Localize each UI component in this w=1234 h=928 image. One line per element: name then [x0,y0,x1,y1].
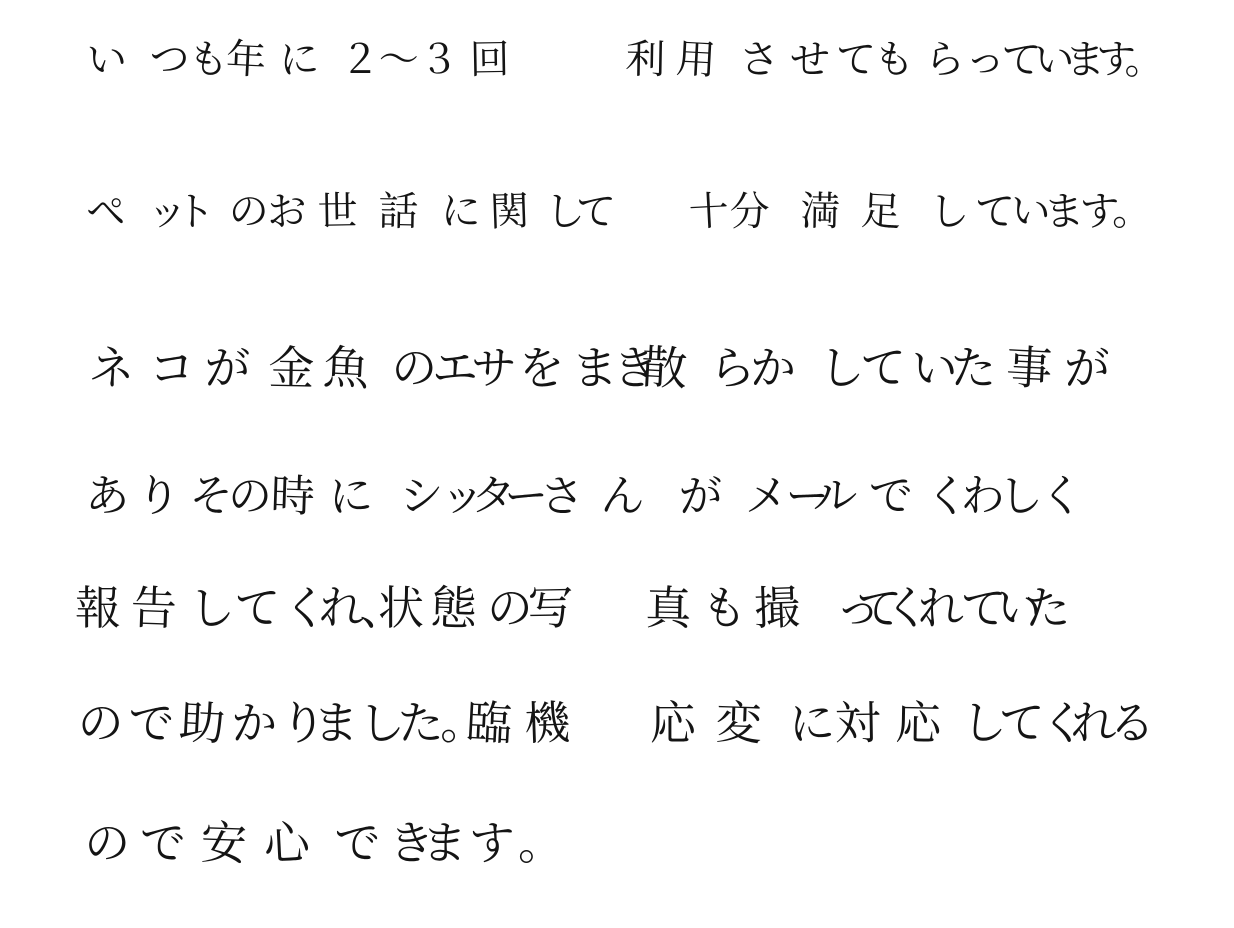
handwritten-char: し [818,344,866,392]
handwritten-char: 安 [200,819,248,867]
handwritten-char: り [135,474,181,520]
handwritten-char: し [188,584,236,632]
handwritten-char: 足 [860,191,902,233]
handwritten-char: 応 [895,700,942,747]
handwritten-char: て [575,191,616,232]
handwritten-char: も [188,40,229,81]
handwritten-char: に [279,39,320,80]
handwritten-char: ル [812,474,858,520]
handwritten-char: 用 [675,39,717,81]
handwritten-char: の [390,344,438,392]
handwritten-char: て [234,585,281,632]
handwritten-char: ん [600,474,646,520]
handwritten-char: ３ [418,39,460,81]
handwritten-char: し [998,474,1044,520]
handwritten-char: 撮 [753,584,801,632]
handwritten-char: メ [744,475,789,520]
handwritten-char: も [700,584,748,632]
handwritten-char: も [873,39,915,81]
handwritten-char: で [140,820,186,866]
handwritten-char: さ [739,39,780,80]
handwritten-char: で [128,700,175,747]
handwritten-char: 助 [178,699,226,747]
handwritten-char: て [860,344,908,392]
handwritten-char: 報 [75,585,121,631]
handwritten-char: か [230,699,278,747]
handwritten-char: 十 [688,191,730,233]
handwritten-char: た [397,700,444,747]
handwritten-char: 金 [268,345,315,392]
handwritten-char: 臨 [465,699,513,747]
handwritten-char: ま [312,699,360,747]
handwritten-char: サ [470,344,518,392]
handwritten-char: し [929,191,970,232]
handwritten-char: 分 [729,192,770,233]
handwritten-char: の [83,819,131,867]
handwritten-char: す [468,819,516,867]
handwritten-char: 時 [270,474,316,520]
handwritten-char: ～ [378,39,419,80]
handwritten-char: の [228,191,269,232]
handwritten-char: 。 [1112,192,1153,233]
handwritten-char: 態 [430,584,478,632]
handwritten-char: ２ [340,40,380,80]
handwritten-char: に [788,699,836,747]
handwritten-char: か [750,345,796,391]
handwritten-char: が [204,345,251,392]
handwritten-char: 。 [1123,39,1165,81]
handwritten-char: ま [420,819,468,867]
handwritten-char: ら [924,40,965,81]
handwritten-char: の [77,700,124,747]
handwritten-char: 対 [834,700,881,747]
handwritten-char: を [518,344,566,392]
handwritten-char: さ [540,475,584,519]
handwritten-char: 写 [527,585,574,632]
handwritten-char: が [678,474,724,520]
handwritten-char: 変 [715,699,763,747]
handwritten-char: シ [399,475,444,520]
handwritten-char: 散 [640,344,688,392]
handwritten-char: 利 [625,40,666,81]
handwritten-char: ら [708,344,756,392]
handwritten-char: た [1023,584,1071,632]
handwritten-char: い [86,39,128,81]
handwritten-char: で [868,474,914,520]
handwritten-char: て [998,699,1046,747]
handwritten-char: の [228,475,272,519]
handwritten-char: 話 [378,192,419,233]
handwritten-char: で [334,820,381,867]
handwritten-char: 告 [130,584,178,632]
handwritten-char: 回 [469,40,510,81]
handwritten-char: く [1039,475,1084,520]
handwritten-char: 機 [523,699,571,747]
handwritten-char: た [950,345,997,392]
handwritten-char: 事 [1005,344,1053,392]
handwritten-char: て [975,192,1015,232]
handwritten-char: 真 [645,585,692,632]
handwritten-char: 。 [518,820,564,866]
handwritten-char: れ [917,585,964,632]
handwritten-char: て [835,39,876,80]
handwritten-char: 年 [225,39,267,81]
handwritten-char: る [1108,699,1156,747]
handwritten-char: に [440,191,482,233]
handwritten-char: が [1063,344,1111,392]
handwritten-char: ネ [88,344,136,392]
handwritten-char: 関 [489,191,530,232]
handwritten-char: せ [790,40,830,80]
handwritten-char: 魚 [322,344,370,392]
handwritten-note-sheet: いつも年に２～３回利用させてもらっています。 ペットのお世話に関して十分満足して… [0,0,1234,928]
handwritten-char: に [328,474,374,520]
handwritten-char: 世 [317,192,358,233]
handwritten-char: 心 [263,819,311,867]
handwritten-char: ペ [85,191,127,233]
handwritten-char: 満 [800,192,841,233]
handwritten-char: お [266,191,308,233]
handwritten-char: ト [175,192,215,232]
handwritten-char: つ [149,40,190,81]
handwritten-char: コ [148,344,196,392]
handwritten-char: ま [571,345,618,392]
handwritten-char: 応 [650,700,696,746]
handwritten-char: 状 [378,585,424,631]
handwritten-char: あ [85,475,130,520]
